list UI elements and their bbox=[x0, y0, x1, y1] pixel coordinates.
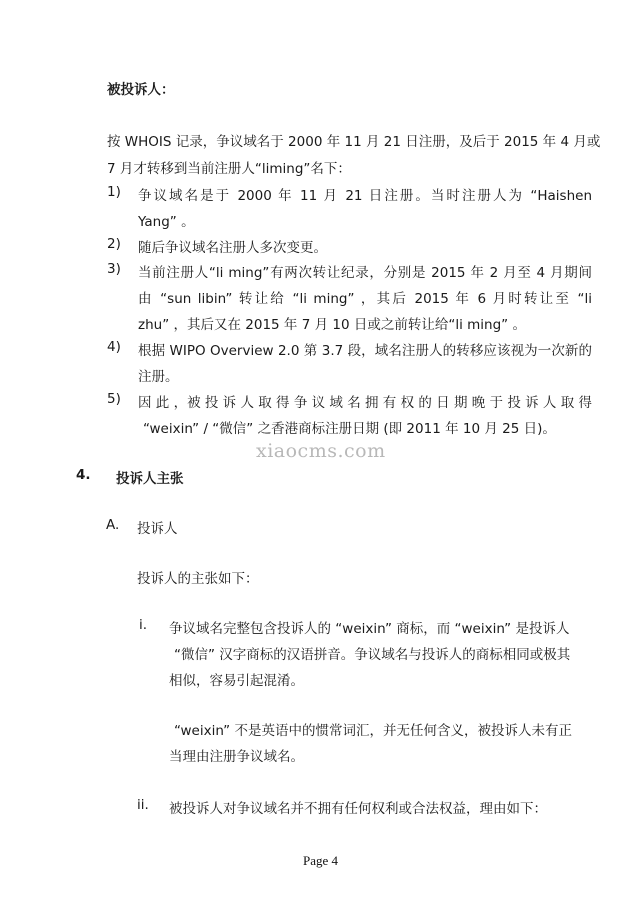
list-item-text: 根据 WIPO Overview 2.0 第 3.7 段，域名注册人的转移应该视… bbox=[138, 339, 592, 359]
list-item-number: 3) bbox=[107, 261, 121, 277]
whois-intro-line-1: 按 WHOIS 记录，争议域名于 2000 年 11 月 21 日注册，及后于 … bbox=[107, 130, 592, 150]
list-item-text: 当前注册人“li ming”有两次转让纪录，分别是 2015 年 2 月至 4 … bbox=[138, 261, 592, 281]
list-item-text-cont: 注册。 bbox=[138, 365, 179, 385]
point-text: 争议域名完整包含投诉人的 “weixin” 商标，而 “weixin” 是投诉人 bbox=[169, 617, 567, 637]
point-number: i. bbox=[139, 617, 147, 633]
list-item-text-cont: 由 “sun libin” 转让给 “li ming” ，其后 2015 年 6… bbox=[138, 287, 592, 307]
list-item-text-cont: Yang” 。 bbox=[138, 210, 195, 230]
whois-intro-line-2: 7 月才转移到当前注册人“liming”名下： bbox=[107, 157, 351, 177]
subsection-title: 投诉人 bbox=[137, 517, 178, 537]
list-item-text: 争议域名是于 2000 年 11 月 21 日注册。当时注册人为 “Haishe… bbox=[138, 184, 592, 204]
list-item-number: 4) bbox=[107, 339, 121, 355]
list-item-number: 2) bbox=[107, 236, 121, 252]
section-title: 投诉人主张 bbox=[116, 467, 184, 487]
respondent-heading: 被投诉人： bbox=[107, 78, 175, 98]
point-paragraph-cont: 当理由注册争议域名。 bbox=[169, 745, 304, 765]
list-item-text-cont: “weixin” / “微信” 之香港商标注册日期 (即 2011 年 10 月… bbox=[143, 417, 556, 437]
watermark: xiaocms.com bbox=[256, 440, 386, 462]
list-item-text: 因 此 ，被 投 诉 人 取 得 争 议 域 名 拥 有 权 的 日 期 晚 于… bbox=[138, 391, 592, 411]
list-item-text: 随后争议域名注册人多次变更。 bbox=[138, 236, 327, 256]
point-paragraph: “weixin” 不是英语中的惯常词汇，并无任何含义，被投诉人未有正 bbox=[174, 719, 567, 739]
point-text: 被投诉人对争议域名并不拥有任何权利或合法权益，理由如下： bbox=[169, 797, 547, 817]
point-text-cont: 相似，容易引起混淆。 bbox=[169, 669, 304, 689]
list-item-number: 1) bbox=[107, 184, 121, 200]
subsection-letter: A. bbox=[106, 517, 119, 533]
point-text-cont: “微信” 汉字商标的汉语拼音。争议域名与投诉人的商标相同或极其 bbox=[174, 643, 567, 663]
list-item-text-cont: zhu” ，其后又在 2015 年 7 月 10 日或之前转让给“li ming… bbox=[138, 313, 526, 333]
section-number: 4. bbox=[76, 467, 91, 483]
subsection-intro: 投诉人的主张如下： bbox=[137, 567, 259, 587]
page-number: Page 4 bbox=[303, 853, 338, 869]
point-number: ii. bbox=[137, 797, 149, 813]
list-item-number: 5) bbox=[107, 391, 121, 407]
